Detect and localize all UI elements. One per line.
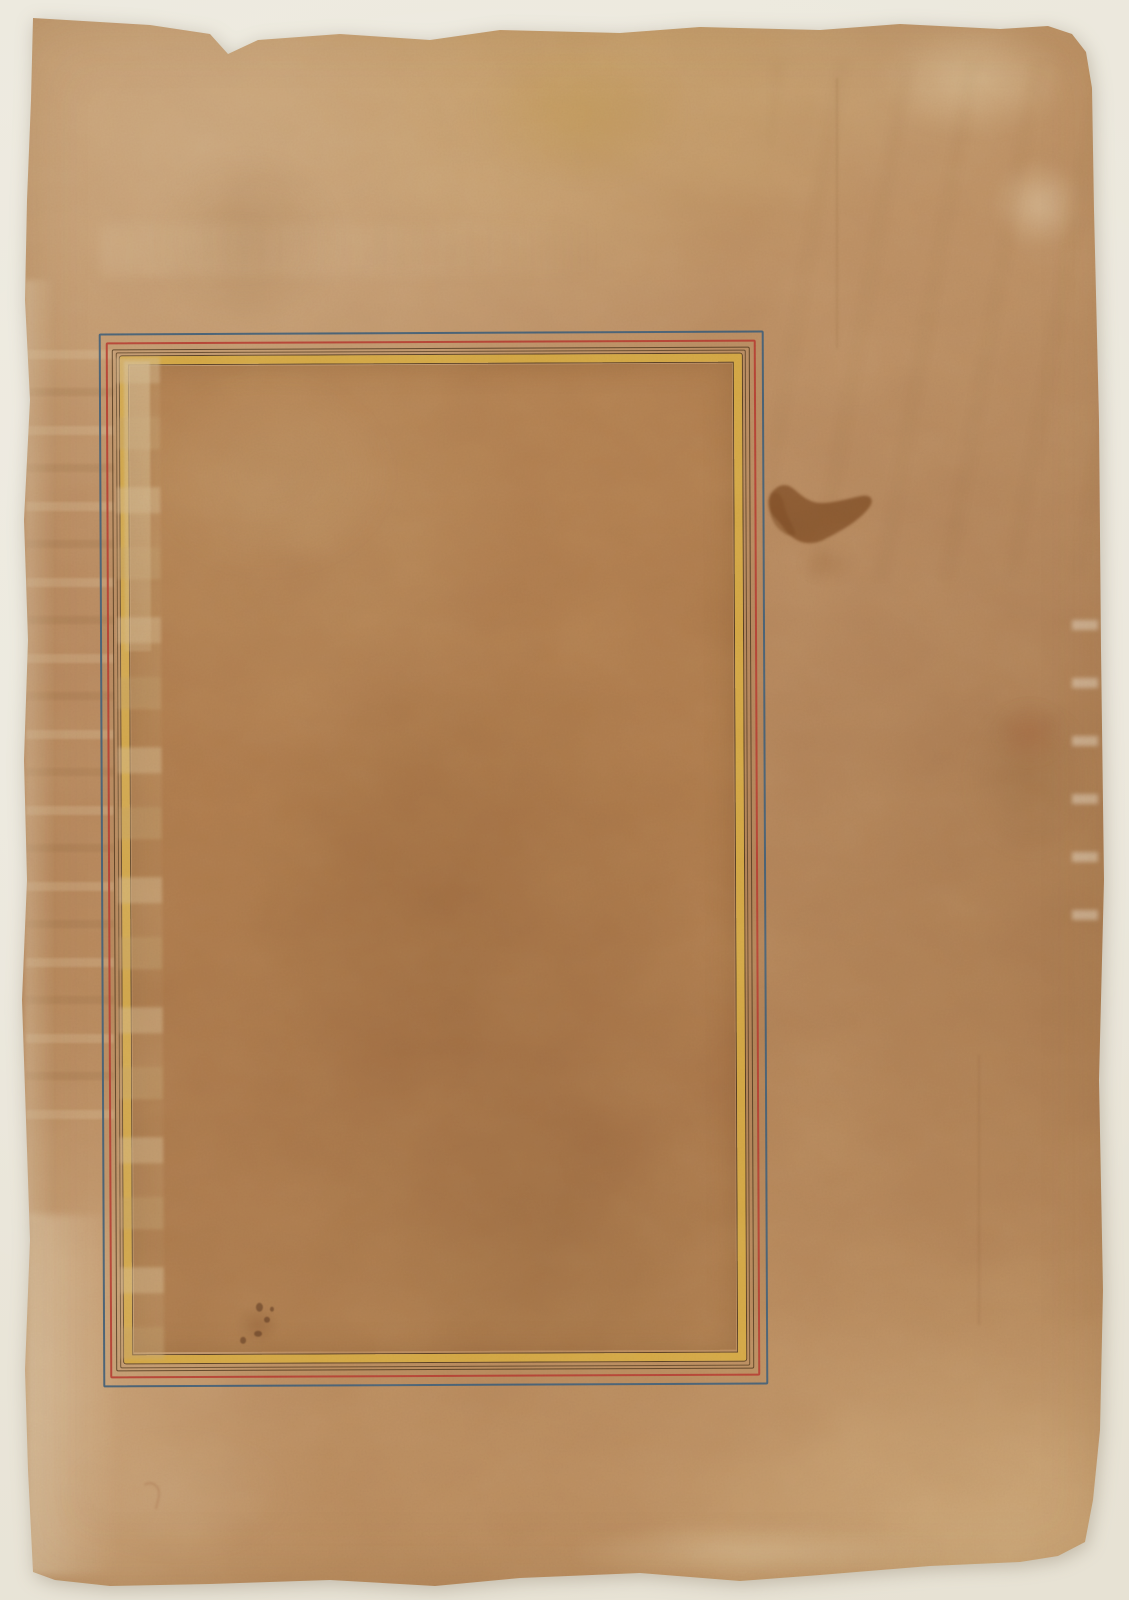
manuscript-folio bbox=[0, 0, 1129, 1600]
photo-backdrop bbox=[0, 0, 1129, 1600]
folio-shadow-wrap bbox=[0, 0, 1129, 1600]
edge-vignette bbox=[0, 0, 1129, 1600]
